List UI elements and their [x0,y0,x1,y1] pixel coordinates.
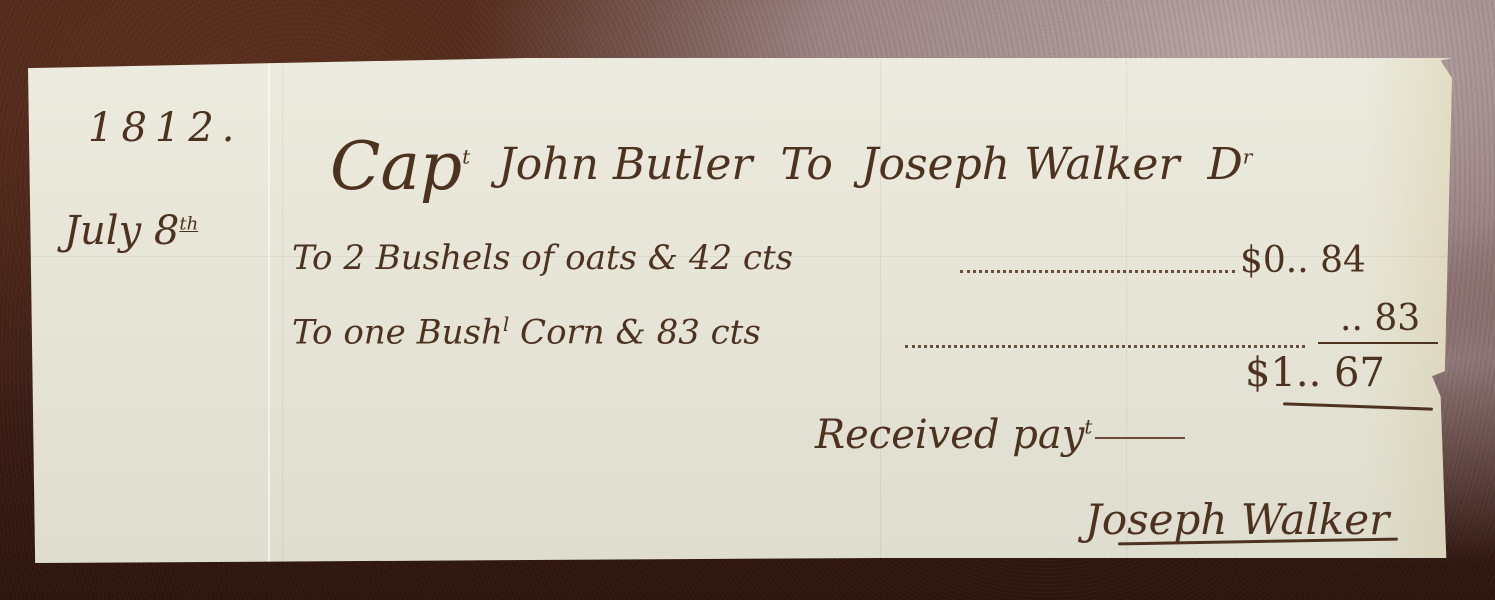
title-prefix: Cap [330,128,462,205]
dotted-leader [960,270,1235,273]
flourish-stroke [1095,437,1185,439]
date-month-day: July 8 [64,208,179,254]
title-suffix: t [462,144,470,168]
line-item-corn-amount: .. 83 [1340,298,1420,339]
corn-prefix: To one Bush [292,312,503,352]
line-item-oats: To 2 Bushels of oats & 42 cts [292,238,793,278]
debtor-name: John Butler [498,139,752,190]
total-amount: $1.. 67 [1245,350,1385,396]
corn-suffix: Corn & 83 cts [509,312,761,352]
receipt-year: 1812. [88,105,243,151]
line-item-oats-amount: $0.. 84 [1240,240,1366,281]
creditor-name: Joseph Walker [861,139,1180,190]
received-suffix: t [1084,415,1092,439]
date-suffix: th [179,214,198,235]
receipt-header: Capt John Butler To Joseph Walker Dr [330,118,1252,195]
dr-label: D [1208,139,1243,190]
dr-suffix: r [1243,144,1253,168]
fold-shadow [282,58,283,563]
received-payment-note: Received payt [815,412,1185,458]
received-text: Received pay [815,412,1084,458]
signature: Joseph Walker [1085,495,1389,544]
dotted-leader [905,345,1305,348]
header-connector: To [780,139,832,190]
line-item-corn: To one Bushl Corn & 83 cts [292,312,761,352]
fold-line [268,58,270,563]
receipt-date: July 8th [64,208,198,254]
sum-rule [1318,342,1438,344]
